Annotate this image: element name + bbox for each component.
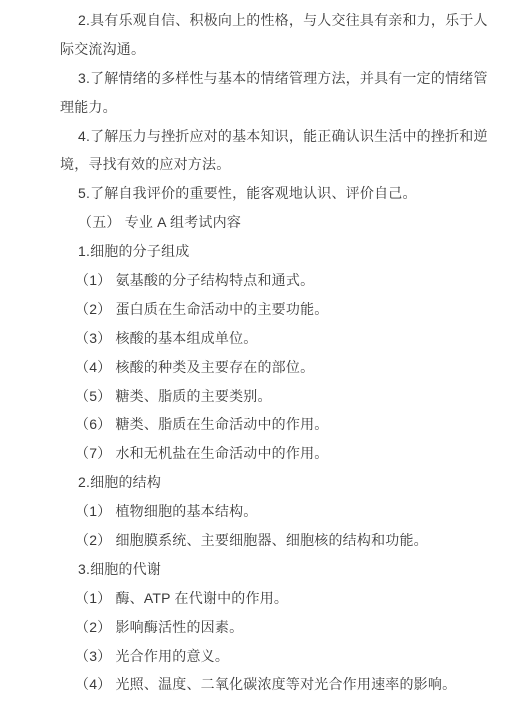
body-line: 理能力。	[60, 93, 472, 122]
body-line: 5.了解自我评价的重要性，能客观地认识、评价自己。	[60, 179, 472, 208]
body-line: 3.了解情绪的多样性与基本的情绪管理方法，并具有一定的情绪管	[60, 64, 472, 93]
topic-heading-line: 2.细胞的结构	[60, 468, 472, 497]
list-item-line: （1） 酶、ATP 在代谢中的作用。	[60, 584, 472, 613]
list-item-line: （2） 蛋白质在生命活动中的主要功能。	[60, 295, 472, 324]
list-item-line: （3） 光合作用的意义。	[60, 642, 472, 671]
body-line: 境，寻找有效的应对方法。	[60, 150, 472, 179]
list-item-line: （7） 水和无机盐在生命活动中的作用。	[60, 439, 472, 468]
list-item-line: （3） 核酸的基本组成单位。	[60, 324, 472, 353]
list-item-line: （1） 氨基酸的分子结构特点和通式。	[60, 266, 472, 295]
body-line: 4.了解压力与挫折应对的基本知识，能正确认识生活中的挫折和逆	[60, 122, 472, 151]
body-line: 2.具有乐观自信、积极向上的性格，与人交往具有亲和力，乐于人	[60, 6, 472, 35]
topic-heading-line: 1.细胞的分子组成	[60, 237, 472, 266]
list-item-line: （4） 核酸的种类及主要存在的部位。	[60, 353, 472, 382]
list-item-line: （2） 细胞膜系统、主要细胞器、细胞核的结构和功能。	[60, 526, 472, 555]
list-item-line: （4） 光照、温度、二氧化碳浓度等对光合作用速率的影响。	[60, 670, 472, 699]
body-line: 际交流沟通。	[60, 35, 472, 64]
section-heading-line: （五） 专业 A 组考试内容	[60, 208, 472, 237]
list-item-line: （2） 影响酶活性的因素。	[60, 613, 472, 642]
list-item-line: （1） 植物细胞的基本结构。	[60, 497, 472, 526]
list-item-line: （5） 糖类、脂质的主要类别。	[60, 382, 472, 411]
topic-heading-line: 3.细胞的代谢	[60, 555, 472, 584]
document-page: 2.具有乐观自信、积极向上的性格，与人交往具有亲和力，乐于人 际交流沟通。 3.…	[0, 0, 530, 718]
list-item-line: （6） 糖类、脂质在生命活动中的作用。	[60, 410, 472, 439]
